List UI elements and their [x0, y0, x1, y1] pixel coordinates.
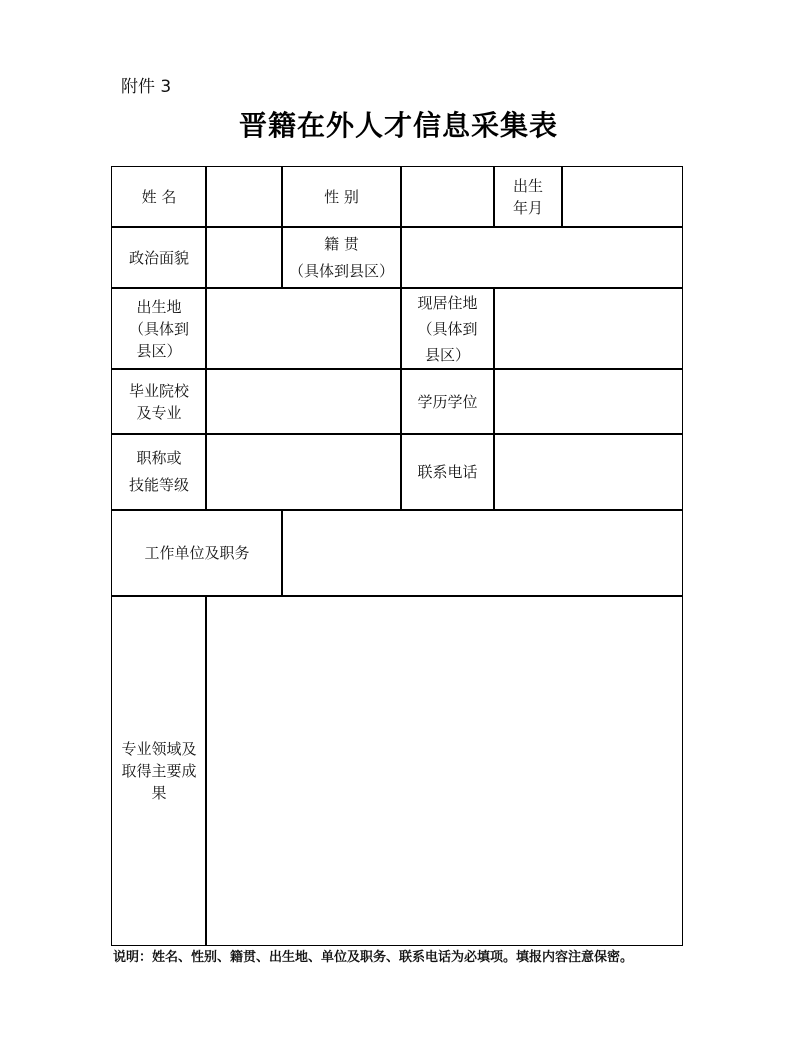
phone-label-cell: 联系电话	[400, 433, 495, 511]
residence-field[interactable]	[493, 287, 683, 370]
birthplace-label: 出生地 （具体到 县区）	[129, 296, 189, 362]
name-label: 姓 名	[142, 186, 177, 208]
political-status-field[interactable]	[205, 226, 283, 289]
residence-label: 现居住地 （具体到 县区）	[417, 290, 477, 368]
political-status-label-cell: 政治面貌	[111, 226, 207, 289]
work-unit-label-cell: 工作单位及职务	[111, 509, 283, 597]
native-place-label: 籍 贯 （具体到县区）	[289, 231, 394, 285]
instructions-note: 说明：姓名、性别、籍贯、出生地、单位及职务、联系电话为必填项。填报内容注意保密。	[113, 947, 683, 969]
field-achievements-label-cell: 专业领域及 取得主要成 果	[111, 595, 207, 946]
birth-date-field[interactable]	[561, 166, 683, 228]
title-grade-label: 职称或 技能等级	[129, 445, 189, 499]
degree-label-cell: 学历学位	[400, 368, 495, 435]
birth-date-label-cell: 出生 年月	[493, 166, 563, 228]
name-label-cell: 姓 名	[111, 166, 207, 228]
native-place-label-cell: 籍 贯 （具体到县区）	[281, 226, 402, 289]
degree-field[interactable]	[493, 368, 683, 435]
birth-date-label: 出生 年月	[513, 175, 543, 219]
school-major-label: 毕业院校 及专业	[129, 380, 189, 424]
gender-label-cell: 性 别	[281, 166, 402, 228]
birthplace-label-cell: 出生地 （具体到 县区）	[111, 287, 207, 370]
gender-label: 性 别	[324, 186, 359, 208]
work-unit-field[interactable]	[281, 509, 683, 597]
field-achievements-field[interactable]	[205, 595, 683, 946]
title-grade-field[interactable]	[205, 433, 402, 511]
native-place-field[interactable]	[400, 226, 683, 289]
gender-field[interactable]	[400, 166, 495, 228]
name-field[interactable]	[205, 166, 283, 228]
political-status-label: 政治面貌	[129, 247, 189, 269]
info-form-table: 姓 名 性 别 出生 年月 政治面貌 籍 贯 （具体到县区） 出生地 （具体到 …	[0, 0, 793, 1058]
phone-label: 联系电话	[417, 461, 477, 483]
work-unit-label: 工作单位及职务	[144, 542, 249, 564]
degree-label: 学历学位	[417, 391, 477, 413]
residence-label-cell: 现居住地 （具体到 县区）	[400, 287, 495, 370]
title-grade-label-cell: 职称或 技能等级	[111, 433, 207, 511]
school-major-field[interactable]	[205, 368, 402, 435]
school-major-label-cell: 毕业院校 及专业	[111, 368, 207, 435]
field-achievements-label: 专业领域及 取得主要成 果	[121, 738, 196, 804]
birthplace-field[interactable]	[205, 287, 402, 370]
phone-field[interactable]	[493, 433, 683, 511]
